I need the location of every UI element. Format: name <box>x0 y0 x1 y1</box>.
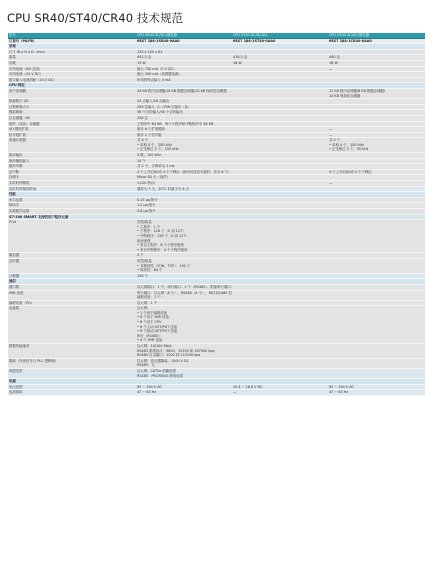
value-line: 440 克 <box>329 55 424 60</box>
row-value <box>328 306 425 344</box>
value-line: 56 个字的输入/56 个字的输出 <box>137 110 231 115</box>
table-row: 连接数以太网：• 1 个用于编程设备• 8 个用于 HMI 设备• 8 个用于 … <box>8 306 425 344</box>
value-line: 19 W <box>137 61 231 66</box>
row-value <box>328 344 425 359</box>
value-line: — <box>329 67 424 72</box>
value-line: 256 位 <box>137 116 231 121</box>
row-value: 以太网：变压器隔离，1500 V DCRS485：无 <box>136 358 232 368</box>
row-value: 47 ~ 63 Hz <box>136 390 232 396</box>
value-line: 最大 740 mA（5 V DC） <box>137 67 231 72</box>
row-value: 以太网：10/100 Mb/sRS485 系统协议：9600、19200 和 1… <box>136 344 232 359</box>
row-label: 电缆类型 <box>8 369 136 379</box>
value-line: 85 ~ 264 V AC <box>137 385 231 390</box>
value-line: 14 个 <box>137 159 231 164</box>
table-row: 定时器类型/数量• 非保持性（TON、TOF）：192 个• 保持性：64 个 <box>8 258 425 273</box>
row-value <box>328 258 425 273</box>
row-label: POU <box>8 220 136 253</box>
spec-table: 型号 CPU SR40 AC/DC/继电器 CPU ST40 DC/DC/DC … <box>8 33 425 396</box>
row-value <box>232 358 328 368</box>
row-value: 47 ~ 63 Hz <box>328 390 425 396</box>
value-line: RS485：PROFIBUS 网络电缆 <box>137 374 231 379</box>
value-line: 编程设备：1 个 <box>137 295 231 300</box>
value-line: • 正交相位 2 个，50 kHz <box>329 147 424 152</box>
value-line: 最大 300 mA（传感器电源） <box>137 72 231 77</box>
value-line: 47 ~ 63 Hz <box>137 390 231 395</box>
value-line: 418.3 克 <box>233 55 327 60</box>
row-value: — <box>232 390 328 396</box>
row-value: 类型/数量• 非保持性（TON、TOF）：192 个• 保持性：64 个 <box>136 258 232 273</box>
row-value <box>328 290 425 300</box>
row-value <box>232 258 328 273</box>
value-line: 共 2 个，分辨率为 1 ms <box>137 164 231 169</box>
value-line: ±120 秒/月 <box>137 181 231 186</box>
row-value: 共 4 个• 单相 4 个，100 kHz• 正交相位 2 个，50 kHz <box>328 138 425 153</box>
value-line: • 来自中断程序：4 个子程序级别 <box>137 248 231 253</box>
row-value <box>232 290 328 300</box>
value-line: — <box>233 390 327 395</box>
value-line: 4 个上升沿和/或 4 个下降沿（使用可选信号板时，各为 6 个） <box>137 170 231 175</box>
value-line: 3.6 μs/指令 <box>137 209 231 214</box>
row-value <box>232 344 328 359</box>
table-row: POU类型/数量• 主程序：1 个• 子程序：128 个（0 到 127）• 中… <box>8 220 425 253</box>
value-line: RS485：无 <box>137 363 231 368</box>
table-row: 用户存储器24 KB 程序存储器/16 KB 数据存储器/10 KB 保持性存储… <box>8 88 425 98</box>
row-label: 连接数 <box>8 306 136 344</box>
row-label: 数据传输速率 <box>8 344 136 359</box>
row-value: 每个端口：以太网（8 个），RS485（4 个），RS232/485 信号板（4… <box>136 290 232 300</box>
value-line: — <box>329 181 424 186</box>
value-line: — <box>329 133 424 138</box>
table-row: 数据传输速率以太网：10/100 Mb/sRS485 系统协议：9600、192… <box>8 344 425 359</box>
value-line: 10 KB 保持性存储器 <box>329 94 424 99</box>
value-line: • 保持性：64 个 <box>137 268 231 273</box>
table-row: 隔离（外部信号与 PLC 逻辑侧）以太网：变压器隔离，1500 V DCRS48… <box>8 358 425 368</box>
value-line: 所用的每点输入 4 mA <box>137 78 231 83</box>
row-value: 以太网：• 1 个用于编程设备• 8 个用于 HMI 设备• 8 个用于 CPU… <box>136 306 232 344</box>
row-label: 用户存储器 <box>8 88 136 98</box>
row-value <box>328 369 425 379</box>
row-label: 高速计数器 <box>8 138 136 153</box>
row-value: 24 KB 程序存储器/16 KB 数据存储器/10 KB 保持性存储器 <box>136 88 232 98</box>
value-line: 47 ~ 63 Hz <box>329 390 424 395</box>
row-label: HMI 设备 <box>8 290 136 300</box>
value-line: 1.2 μs/指令 <box>137 203 231 208</box>
value-line: 256 个 <box>137 274 231 279</box>
value-line: 通常为 7 天，25°C 时最少为 6 天 <box>137 187 231 192</box>
value-line: 3 路，100 kHz <box>137 153 231 158</box>
value-line: 24 点输入/16 点输出 <box>137 99 231 104</box>
value-line: — <box>329 127 424 132</box>
value-line: 最多 1 个信号板 <box>137 133 231 138</box>
value-line: 4 个 <box>137 253 231 258</box>
row-value <box>232 306 328 344</box>
row-value <box>328 220 425 253</box>
row-value <box>232 369 328 379</box>
table-row: HMI 设备每个端口：以太网（8 个），RS485（4 个），RS232/485… <box>8 290 425 300</box>
value-line: 18 W <box>329 61 424 66</box>
row-value <box>232 138 328 153</box>
value-line: 最多 6 个扩展模块 <box>137 127 231 132</box>
value-line: 4 个上升沿和/或 4 个下降沿 <box>329 170 424 175</box>
table-row: 电缆类型以太网：CAT5e 屏蔽电缆RS485：PROFIBUS 网络电缆 <box>8 369 425 379</box>
value-line: 20.4 ~ 28.8 V DC <box>233 385 327 390</box>
row-value: 共 4 个• 单相 4 个，200 kHz• 正交相位 2 个，100 kHz <box>136 138 232 153</box>
value-line: Micro SD 卡（选件） <box>137 175 231 180</box>
value-line: 主程序中 64 KB，每个子程序和中断程序中 64 KB <box>137 122 231 127</box>
value-line: 24 KB 程序存储器/16 KB 数据存储器/10 KB 保持性存储器 <box>137 89 231 94</box>
row-value: 以太网端口：1 个；串行端口：1 个（RS485）；附加串行端口：1 个（带有可… <box>136 284 232 290</box>
page-title: CPU SR40/ST40/CR40 技术规范 <box>7 10 183 26</box>
row-value <box>232 88 328 98</box>
value-line: 18 W <box>233 61 327 66</box>
table-row: 电源频率47 ~ 63 Hz—47 ~ 63 Hz <box>8 390 425 396</box>
value-line: 以太网端口：1 个；串行端口：1 个（RS485）；附加串行端口：1 个（带有可… <box>137 285 231 290</box>
value-line: RS485 自由端口：1200 到 115200 bps <box>137 353 231 358</box>
value-line: 125 x 100 x 81 <box>137 50 231 55</box>
value-line: 256 位输入（I）/256 位输出（Q） <box>137 105 231 110</box>
table-row: 高速计数器共 4 个• 单相 4 个，200 kHz• 正交相位 2 个，100… <box>8 138 425 153</box>
value-line: 以太网：1 个 <box>137 301 231 306</box>
row-label: 隔离（外部信号与 PLC 逻辑侧） <box>8 358 136 368</box>
row-label: 定时器 <box>8 258 136 273</box>
value-line: 441.3 克 <box>137 55 231 60</box>
row-label: 电源频率 <box>8 390 136 396</box>
row-value <box>232 220 328 253</box>
row-value: 以太网：CAT5e 屏蔽电缆RS485：PROFIBUS 网络电缆 <box>136 369 232 379</box>
value-line: • 正交相位 2 个，100 kHz <box>137 147 231 152</box>
value-line: 0.15 μs/指令 <box>137 198 231 203</box>
value-line: • 4 个 HMI 连接 <box>137 338 231 343</box>
row-value: 类型/数量• 主程序：1 个• 子程序：128 个（0 到 127）• 中断程序… <box>136 220 232 253</box>
row-value: 12 KB 程序存储器/8 KB 数据存储器/10 KB 保持性存储器 <box>328 88 425 98</box>
row-value <box>328 358 425 368</box>
value-line: 85 ~ 264 V AC <box>329 385 424 390</box>
